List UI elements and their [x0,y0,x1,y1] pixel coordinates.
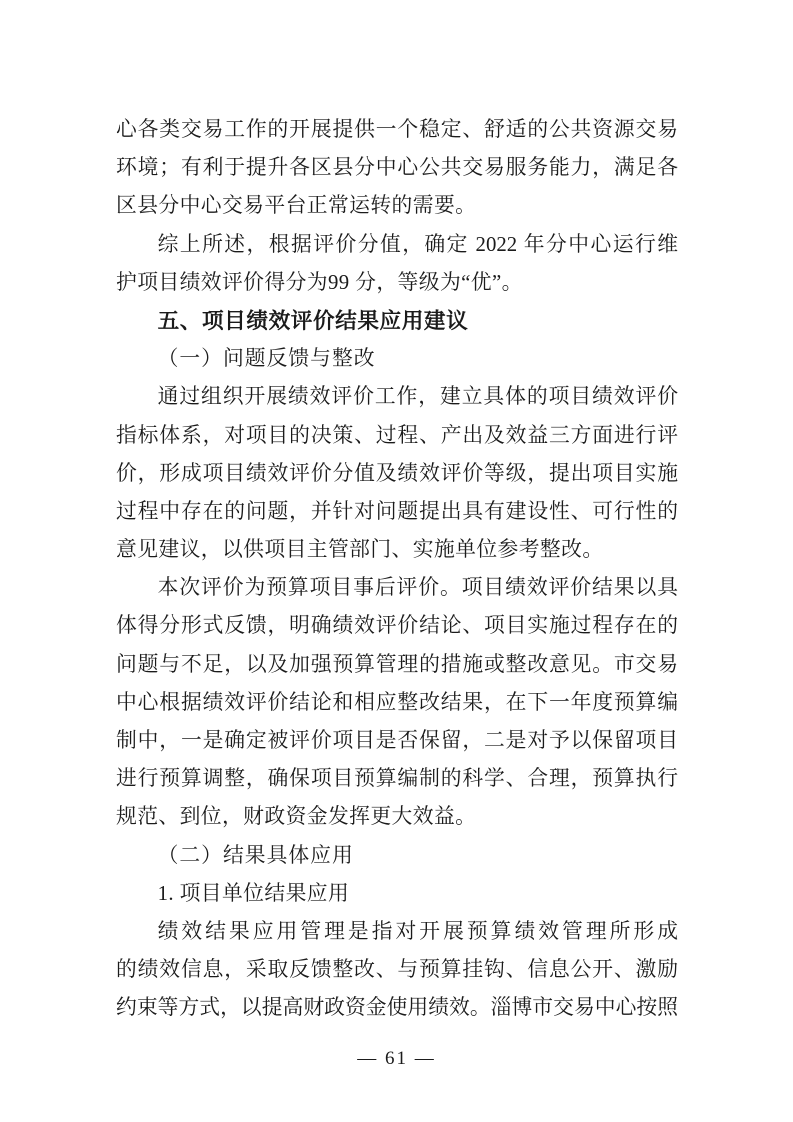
numbered-item: 1. 项目单位结果应用 [116,875,678,913]
text-line: 约束等方式，以提高财政资金使用绩效。淄博市交易中心按照 [116,989,678,1027]
text-line: 区县分中心交易平台正常运转的需要。 [116,187,678,225]
body-paragraph-feedback: 通过组织开展绩效评价工作，建立具体的项目绩效评价指标体系，对项目的决策、过程、产… [116,378,678,569]
text-line: 进行预算调整，确保项目预算编制的科学、合理，预算执行 [116,760,678,798]
section-heading: 五、项目绩效评价结果应用建议 [116,302,678,340]
body-paragraph-result-application: 绩效结果应用管理是指对开展预算绩效管理所形成的绩效信息，采取反馈整改、与预算挂钩… [116,913,678,1028]
text-line: （二）结果具体应用 [116,837,678,875]
text-line: 中心根据绩效评价结论和相应整改结果，在下一年度预算编 [116,684,678,722]
body-paragraph-continuation: 心各类交易工作的开展提供一个稳定、舒适的公共资源交易环境；有利于提升各区县分中心… [116,111,678,226]
document-page: 心各类交易工作的开展提供一个稳定、舒适的公共资源交易环境；有利于提升各区县分中心… [0,0,793,1122]
text-line: 护项目绩效评价得分为99 分，等级为“优”。 [116,264,678,302]
text-line: 本次评价为预算项目事后评价。项目绩效评价结果以具 [116,569,678,607]
text-line: 意见建议，以供项目主管部门、实施单位参考整改。 [116,531,678,569]
page-body-text: 心各类交易工作的开展提供一个稳定、舒适的公共资源交易环境；有利于提升各区县分中心… [116,111,678,1028]
footer-page-number: — 61 — [0,1044,793,1074]
text-line: 过程中存在的问题，并针对问题提出具有建设性、可行性的 [116,493,678,531]
subsection-heading-1: （一）问题反馈与整改 [116,340,678,378]
text-line: 体得分形式反馈，明确绩效评价结论、项目实施过程存在的 [116,607,678,645]
text-line: 规范、到位，财政资金发挥更大效益。 [116,798,678,836]
text-line: 的绩效信息，采取反馈整改、与预算挂钩、信息公开、激励 [116,951,678,989]
text-line: 制中，一是确定被评价项目是否保留，二是对予以保留项目 [116,722,678,760]
body-paragraph-evaluation: 本次评价为预算项目事后评价。项目绩效评价结果以具体得分形式反馈，明确绩效评价结论… [116,569,678,836]
subsection-heading-2: （二）结果具体应用 [116,837,678,875]
text-line: 综上所述，根据评价分值，确定 2022 年分中心运行维 [116,226,678,264]
text-line: 环境；有利于提升各区县分中心公共交易服务能力，满足各 [116,149,678,187]
text-line: 指标体系，对项目的决策、过程、产出及效益三方面进行评 [116,417,678,455]
text-line: 通过组织开展绩效评价工作，建立具体的项目绩效评价 [116,378,678,416]
text-line: 五、项目绩效评价结果应用建议 [116,302,678,340]
text-line: 绩效结果应用管理是指对开展预算绩效管理所形成 [116,913,678,951]
text-line: 价，形成项目绩效评价分值及绩效评价等级，提出项目实施 [116,455,678,493]
text-line: 问题与不足，以及加强预算管理的措施或整改意见。市交易 [116,646,678,684]
text-line: （一）问题反馈与整改 [116,340,678,378]
text-line: 1. 项目单位结果应用 [116,875,678,913]
body-paragraph-conclusion: 综上所述，根据评价分值，确定 2022 年分中心运行维护项目绩效评价得分为99 … [116,226,678,302]
text-line: 心各类交易工作的开展提供一个稳定、舒适的公共资源交易 [116,111,678,149]
